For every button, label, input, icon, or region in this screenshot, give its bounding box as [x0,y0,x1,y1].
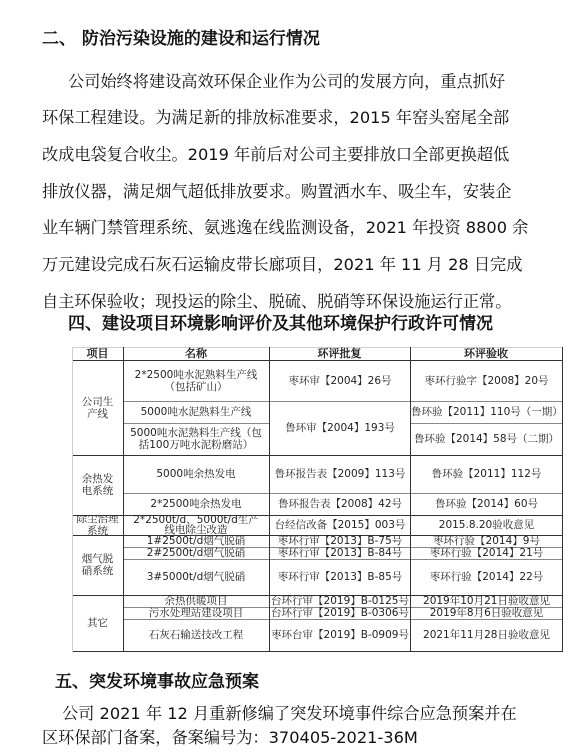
table-border [562,347,563,652]
paragraph-line: 万元建设完成石灰石运输皮带长廊项目，2021 年 11 月 28 日完成 [42,251,522,275]
table-cell-name: 5000吨水泥熟料生产线 [125,401,267,423]
group-label-dust-removal: 除尘治理系统 [74,515,121,535]
table-cell-approval: 鲁环报告表【2009】113号 [270,455,410,493]
table-cell-acceptance: 2021年11月28日验收意见 [411,619,562,651]
table-cell-acceptance: 鲁环验【2014】58号（二期） [411,423,562,455]
table-border [72,347,73,652]
table-cell-name: 1#2500t/d烟气脱硝 [125,535,267,547]
table-cell-name: 5000吨余热发电 [125,455,267,493]
table-cell-approval: 枣环行审【2013】B-75号 [270,535,410,547]
table-cell-name: 3#5000t/d烟气脱硝 [125,559,267,595]
table-cell-name: 余热供暖项目 [125,595,267,607]
table-cell-name: 2*2500吨水泥熟料生产线（包括矿山） [125,360,267,401]
table-cell-name: 2*2500t/d、5000t/d生产线电除尘改造 [125,515,267,535]
table-cell-approval: 枣环行审【2013】B-84号 [270,547,410,559]
table-cell-acceptance: 枣环行验字【2008】20号 [411,360,562,401]
table-cell-approval: 鲁环审【2004】193号 [270,401,410,455]
paragraph-line: 改成电袋复合收尘。2019 年前后对公司主要排放口全部更换超低 [42,141,509,165]
table-cell-acceptance: 2019年8月6日验收意见 [411,607,562,619]
table-cell-approval: 枣环行审【2013】B-85号 [270,559,410,595]
table-cell-name: 2*2500吨余热发电 [125,493,267,515]
column-header-name: 名称 [123,347,269,360]
table-cell-acceptance: 2015.8.20验收意见 [411,515,562,535]
table-cell-name: 污水处理站建设项目 [125,607,267,619]
paragraph-line: 环保工程建设。为满足新的排放标准要求，2015 年窑头窑尾全部 [42,104,509,128]
table-cell-acceptance: 2019年10月21日验收意见 [411,595,562,607]
table-cell-approval: 枣环台审【2019】B-0909号 [270,619,410,651]
section-heading-eia: 四、建设项目环境影响评价及其他环境保护行政许可情况 [68,309,493,334]
table-cell-approval: 台环行审【2019】B-0125号 [270,595,410,607]
column-header-acceptance: 环评验收 [410,347,562,360]
table-cell-approval: 台经信改备【2015】003号 [270,515,410,535]
table-cell-acceptance: 枣环行验【2014】22号 [411,559,562,595]
paragraph-line: 排放仪器，满足烟气超低排放要求。购置洒水车、吸尘车，安装企 [42,178,511,202]
group-label-waste-heat-power: 余热发电系统 [74,455,121,515]
table-cell-name: 石灰石输送技改工程 [125,619,267,651]
table-cell-approval: 台环行审【2019】B-0306号 [270,607,410,619]
group-label-denitrification: 烟气脱硝系统 [74,535,121,595]
table-cell-acceptance: 鲁环验【2014】60号 [411,493,562,515]
table-cell-acceptance: 鲁环验【2011】112号 [411,455,562,493]
section-heading-emergency-plan: 五、突发环境事故应急预案 [55,667,259,692]
paragraph-line: 区环保部门备案，备案编号为：370405-2021-36M [42,724,418,748]
table-cell-approval: 鲁环报告表【2008】42号 [270,493,410,515]
table-cell-acceptance: 枣环行验【2014】9号 [411,535,562,547]
paragraph-line: 业车辆门禁管理系统、氨逃逸在线监测设备，2021 年投资 8800 余 [42,214,528,238]
table-cell-acceptance: 鲁环验【2011】110号（一期） [411,401,562,423]
table-cell-approval: 枣环审【2004】26号 [270,360,410,401]
group-label-production-line: 公司生产线 [74,360,121,455]
paragraph-line: 公司始终将建设高效环保企业作为公司的发展方向，重点抓好 [68,68,505,92]
paragraph-line: 公司 2021 年 12 月重新修编了突发环境事件综合应急预案并在 [62,700,517,724]
table-cell-name: 5000吨水泥熟料生产线（包括100万吨水泥粉磨站） [125,423,267,455]
table-border [123,347,124,652]
table-border [72,651,563,652]
column-header-project: 项目 [72,347,123,360]
group-label-other: 其它 [74,595,121,651]
eia-permit-table: 项目 名称 环评批复 环评验收 公司生产线 余热发电系统 除尘治理系统 烟气脱硝… [72,347,563,651]
table-cell-acceptance: 枣环行验【2014】21号 [411,547,562,559]
section-heading-pollution-facilities: 二、 防治污染设施的建设和运行情况 [42,24,320,49]
column-header-approval: 环评批复 [269,347,410,360]
table-cell-name: 2#2500t/d烟气脱硝 [125,547,267,559]
